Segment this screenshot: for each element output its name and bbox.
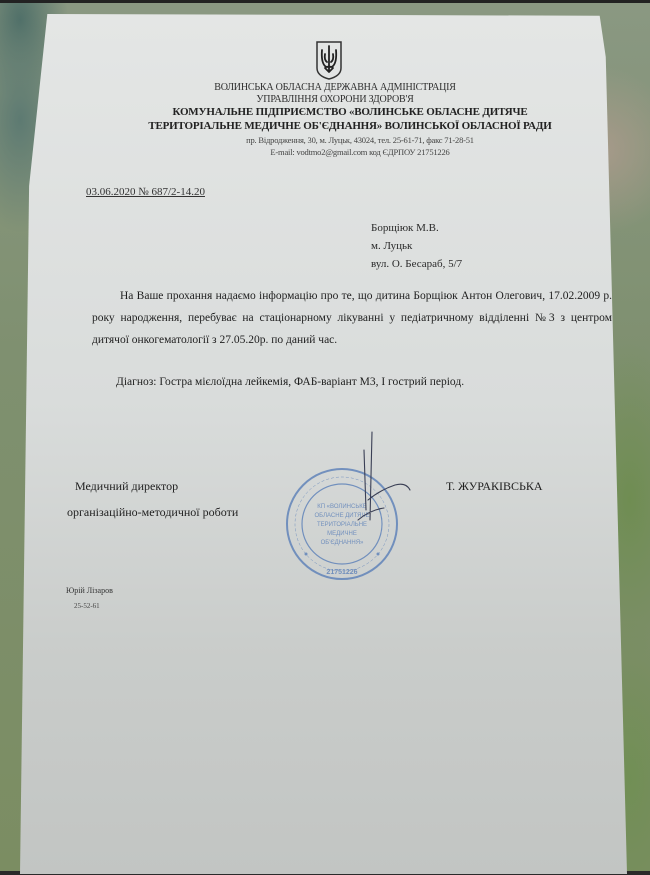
signatory-title-line1: Медичний директор [75,479,178,494]
document: ВОЛИНСЬКА ОБЛАСНА ДЕРЖАВНА АДМІНІСТРАЦІЯ… [0,0,650,875]
diagnosis-line: Діагноз: Гостра мієлоїдна лейкемія, ФАБ-… [116,376,464,388]
header-department: УПРАВЛІННЯ ОХОРОНИ ЗДОРОВ'Я [140,94,530,105]
executor-name: Юрій Лізаров [66,586,113,595]
header-administration: ВОЛИНСЬКА ОБЛАСНА ДЕРЖАВНА АДМІНІСТРАЦІЯ [140,82,530,93]
addressee-name: Борщіюк М.В. [371,219,462,237]
header-contacts: E-mail: vodtmo2@gmail.com код ЄДРПОУ 217… [170,147,550,157]
signatory-title-line2: організаційно-методичної роботи [67,505,238,520]
header-enterprise-line1: КОМУНАЛЬНЕ ПІДПРИЄМСТВО «ВОЛИНСЬКЕ ОБЛАС… [120,106,580,118]
addressee-city: м. Луцьк [371,237,462,255]
addressee-block: Борщіюк М.В. м. Луцьк вул. О. Бесараб, 5… [371,219,462,273]
header-enterprise-line2: ТЕРИТОРІАЛЬНЕ МЕДИЧНЕ ОБ'ЄДНАННЯ» ВОЛИНС… [120,120,580,132]
executor-phone: 25-52-61 [74,602,100,610]
svg-text:ОБ'ЄДНАННЯ»: ОБ'ЄДНАННЯ» [321,540,364,546]
body-paragraph: На Ваше прохання надаємо інформацію про … [92,285,612,351]
signatory-name: Т. ЖУРАКІВСЬКА [446,479,543,494]
trident-emblem-icon [315,40,343,80]
letter-body: На Ваше прохання надаємо інформацію про … [92,285,612,351]
header-address: пр. Відродження, 30, м. Луцьк, 43024, те… [170,135,550,145]
document-reference-number: 03.06.2020 № 687/2-14.20 [86,186,205,198]
handwritten-signature [340,430,420,540]
svg-text:21751226: 21751226 [326,569,357,576]
addressee-street: вул. О. Бесараб, 5/7 [371,255,462,273]
